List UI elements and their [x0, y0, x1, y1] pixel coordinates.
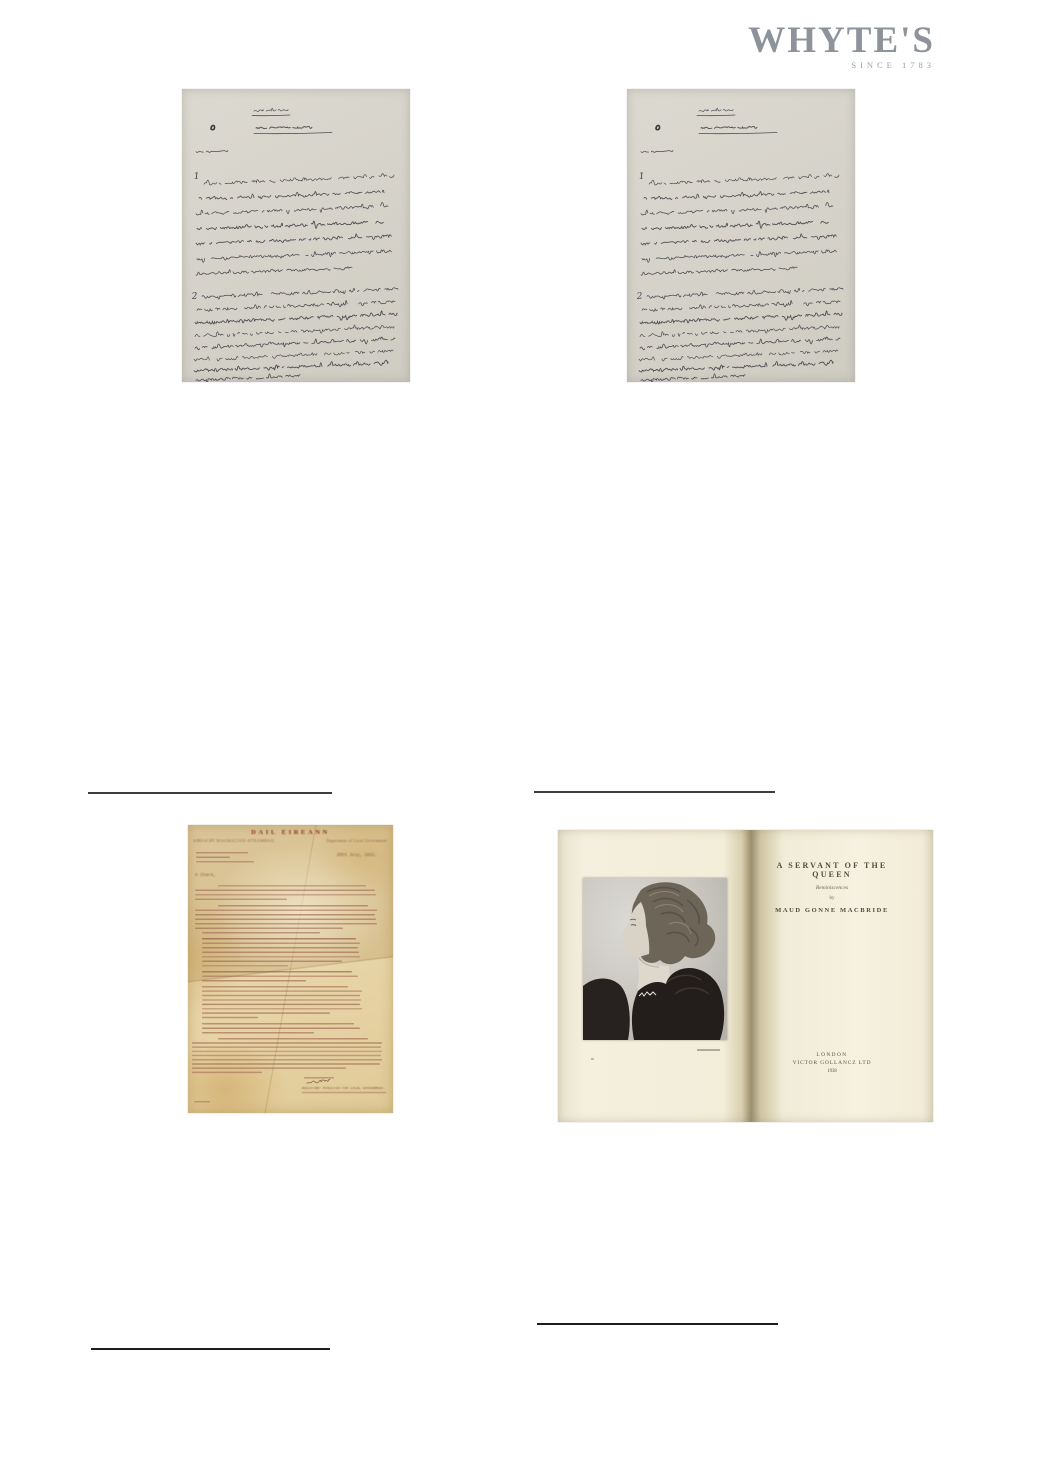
book-title: A SERVANT OF THE QUEEN — [756, 861, 908, 879]
book-image: A SERVANT OF THE QUEEN Reminiscences by … — [558, 830, 933, 1122]
list-numeral-1: 1 — [639, 172, 645, 182]
photo-caption-mark — [697, 1049, 720, 1051]
divider-rule-top-right — [534, 791, 775, 793]
letter-image: DAIL EIREANN AIREACHT RIAGHALTAIS AITEAM… — [188, 825, 393, 1113]
book-author: MAUD GONNE MACBRIDE — [756, 907, 908, 914]
brand-name: WHYTE'S — [748, 22, 935, 59]
list-numeral-1: 1 — [194, 172, 200, 182]
title-page-block: A SERVANT OF THE QUEEN Reminiscences by … — [756, 861, 908, 914]
portrait-illustration — [583, 878, 727, 1040]
page-mark — [591, 1058, 594, 1060]
divider-rule-bottom-right — [537, 1323, 778, 1325]
letter-dept-irish: AIREACHT RIAGHALTAIS AITEAMHAIL. — [193, 839, 276, 843]
catalog-page: WHYTE'S SINCE 1783 1 2 1 2 DAIL EIREANN … — [0, 0, 1040, 1471]
brand-logo: WHYTE'S SINCE 1783 — [748, 22, 935, 70]
imprint-publisher: VICTOR GOLLANCZ LTD — [756, 1059, 908, 1067]
list-numeral-2: 2 — [190, 292, 198, 303]
letter-salutation: A Chara, — [195, 873, 216, 878]
brand-tagline: SINCE 1783 — [748, 60, 935, 70]
imprint-year: 1938 — [756, 1068, 908, 1075]
divider-rule-top-left — [88, 792, 332, 794]
book-byline: by — [756, 896, 908, 901]
handwriting-left: 1 2 — [182, 89, 410, 382]
divider-rule-bottom-left — [91, 1348, 330, 1350]
imprint-city: LONDON — [756, 1051, 908, 1059]
manuscript-image-left: 1 2 — [182, 89, 410, 382]
manuscript-image-right: 1 2 — [627, 89, 855, 382]
letter-masthead: DAIL EIREANN — [188, 829, 393, 836]
letter-signoff-title: ASSISTANT MINISTER FOR LOCAL GOVERNMENT. — [302, 1087, 386, 1093]
typed-text-lines — [188, 825, 393, 1113]
frontispiece-portrait — [583, 878, 727, 1040]
handwriting-right: 1 2 — [627, 89, 855, 382]
letter-date: 29th July, 1921. — [337, 854, 377, 858]
letter-dept-english: Department of Local Government. — [326, 839, 388, 843]
book-subtitle: Reminiscences — [756, 885, 908, 891]
list-numeral-2: 2 — [635, 292, 643, 303]
imprint-block: LONDON VICTOR GOLLANCZ LTD 1938 — [756, 1051, 908, 1075]
